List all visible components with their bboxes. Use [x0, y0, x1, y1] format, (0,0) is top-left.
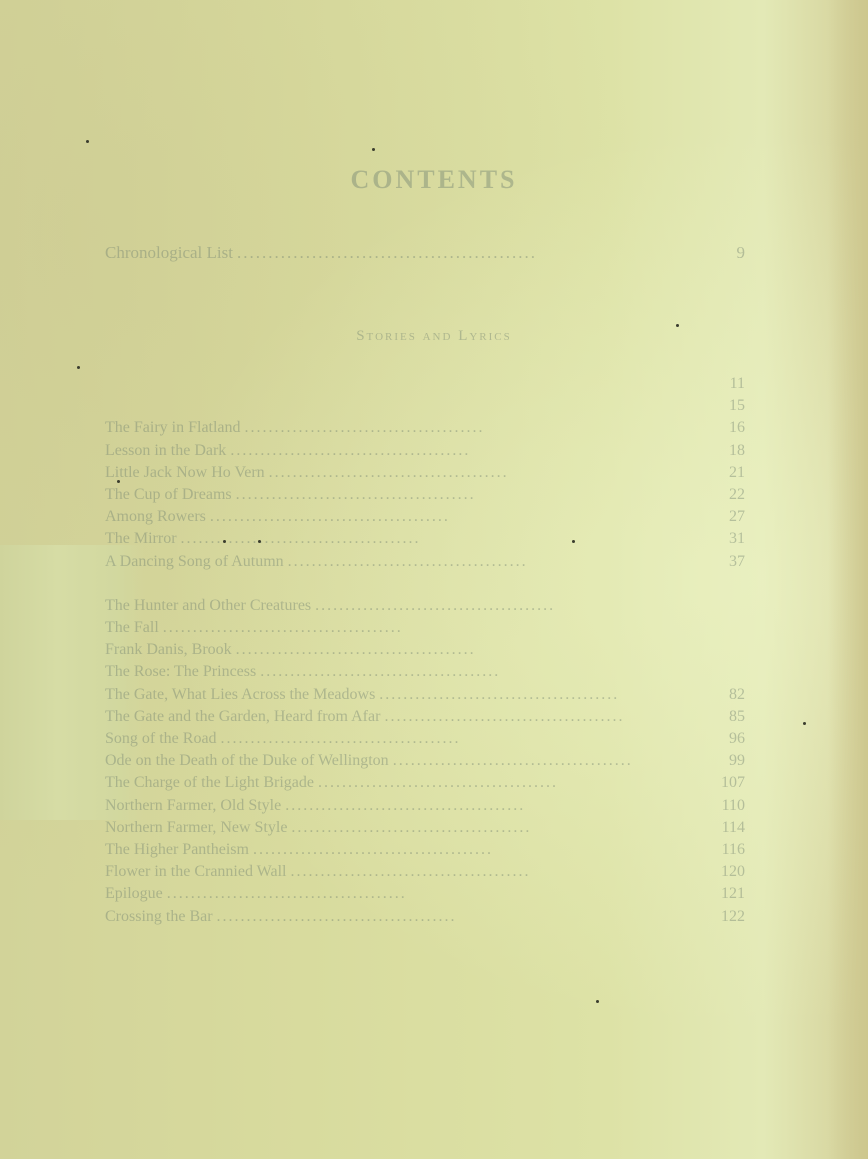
entry-page-number: 31: [717, 530, 745, 548]
toc-entry: Ode on the Death of the Duke of Wellingt…: [105, 752, 745, 774]
toc-entry: Little Jack Now Ho Vern.................…: [105, 464, 745, 486]
toc-entry: A Dancing Song of Autumn................…: [105, 553, 745, 575]
entry-label: Flower in the Crannied Wall: [105, 863, 287, 881]
entry-label: Crossing the Bar: [105, 908, 213, 926]
toc-entry: 15: [105, 397, 745, 419]
entry-page-number: 16: [717, 419, 745, 437]
paper-speck: [596, 1000, 599, 1003]
entry-page-number: 116: [717, 841, 745, 859]
entry-label: Lesson in the Dark: [105, 442, 226, 460]
leader-dots: ........................................: [315, 597, 713, 615]
leader-dots: ........................................: [221, 730, 713, 748]
page-title: CONTENTS: [0, 165, 868, 195]
toc-entry: The Higher Pantheism....................…: [105, 841, 745, 863]
toc-entry: The Gate, What Lies Across the Meadows..…: [105, 686, 745, 708]
paper-speck: [803, 722, 806, 725]
entry-label: The Fall: [105, 619, 159, 637]
toc-entry: Lesson in the Dark......................…: [105, 442, 745, 464]
leader-dots: ........................................…: [237, 243, 713, 263]
entry-page-number: 114: [717, 819, 745, 837]
entry-page-number: 85: [717, 708, 745, 726]
leader-dots: ........................................: [384, 708, 713, 726]
leader-dots: ........................................: [236, 486, 713, 504]
entry-page-number: 110: [717, 797, 745, 815]
toc-entry: Flower in the Crannied Wall.............…: [105, 863, 745, 885]
leader-dots: ........................................: [245, 419, 713, 437]
leader-dots: ........................................: [393, 752, 713, 770]
entry-page-number: 22: [717, 486, 745, 504]
toc-entry: The Rose: The Princess..................…: [105, 663, 745, 685]
leader-dots: ........................................: [285, 797, 713, 815]
entry-label: Northern Farmer, Old Style: [105, 797, 281, 815]
entry-page-number: 99: [717, 752, 745, 770]
entry-label: Chronological List: [105, 243, 233, 263]
paper-speck: [572, 540, 575, 543]
leader-dots: ........................................: [253, 841, 713, 859]
toc-entry: The Fairy in Flatland...................…: [105, 419, 745, 441]
leader-dots: ........................................: [291, 819, 713, 837]
entry-label: Little Jack Now Ho Vern: [105, 464, 265, 482]
entry-label: Song of the Road: [105, 730, 217, 748]
entry-label: The Higher Pantheism: [105, 841, 249, 859]
toc-entry: The Mirror..............................…: [105, 530, 745, 552]
leader-dots: ........................................: [217, 908, 713, 926]
section-heading: Stories and Lyrics: [0, 328, 868, 345]
toc-entry: Crossing the Bar........................…: [105, 908, 745, 930]
toc-entry: The Hunter and Other Creatures..........…: [105, 597, 745, 619]
entry-label: Ode on the Death of the Duke of Wellingt…: [105, 752, 389, 770]
paper-speck: [223, 540, 226, 543]
paper-speck: [117, 480, 120, 483]
toc-entry: The Charge of the Light Brigade.........…: [105, 774, 745, 796]
entry-page-number: 11: [717, 375, 745, 393]
entry-label: Among Rowers: [105, 508, 206, 526]
leader-dots: ........................................: [291, 863, 714, 881]
entry-label: Northern Farmer, New Style: [105, 819, 287, 837]
entry-page-number: 21: [717, 464, 745, 482]
entry-label: The Fairy in Flatland: [105, 419, 241, 437]
leader-dots: ........................................: [230, 442, 713, 460]
toc-entry: Northern Farmer, New Style..............…: [105, 819, 745, 841]
entry-page-number: 107: [717, 774, 745, 792]
leader-dots: ........................................: [318, 774, 713, 792]
paper-speck: [77, 366, 80, 369]
entry-label: The Hunter and Other Creatures: [105, 597, 311, 615]
leader-dots: ........................................: [288, 553, 713, 571]
toc-intro-entry: Chronological List .....................…: [105, 243, 745, 263]
leader-dots: ........................................: [210, 508, 713, 526]
paper-speck: [372, 148, 375, 151]
entry-label: Frank Danis, Brook: [105, 641, 232, 659]
leader-dots: ........................................: [167, 885, 713, 903]
toc-entry: Northern Farmer, Old Style..............…: [105, 797, 745, 819]
entry-label: The Cup of Dreams: [105, 486, 232, 504]
entry-page-number: 82: [717, 686, 745, 704]
leader-dots: ........................................: [260, 663, 713, 681]
entry-page-number: 122: [717, 908, 745, 926]
paper-speck: [86, 140, 89, 143]
leader-dots: ........................................: [236, 641, 713, 659]
leader-dots: ........................................: [163, 619, 713, 637]
paper-speck: [258, 540, 261, 543]
toc-entry: [105, 575, 745, 597]
toc-entry: Song of the Road........................…: [105, 730, 745, 752]
entry-page-number: 120: [717, 863, 745, 881]
toc-entry: Epilogue................................…: [105, 885, 745, 907]
entry-label: Epilogue: [105, 885, 163, 903]
entry-label: A Dancing Song of Autumn: [105, 553, 284, 571]
toc-entry: Frank Danis, Brook......................…: [105, 641, 745, 663]
toc-entry: Among Rowers............................…: [105, 508, 745, 530]
entry-page-number: 15: [717, 397, 745, 415]
toc-entry: The Gate and the Garden, Heard from Afar…: [105, 708, 745, 730]
toc-entry: The Cup of Dreams.......................…: [105, 486, 745, 508]
entry-label: The Gate and the Garden, Heard from Afar: [105, 708, 380, 726]
entry-page-number: 9: [717, 243, 745, 263]
toc-entry: 11: [105, 375, 745, 397]
entry-label: The Rose: The Princess: [105, 663, 256, 681]
toc-entry-list: 11 15 The Fairy in Flatland.............…: [105, 375, 745, 930]
entry-page-number: 96: [717, 730, 745, 748]
entry-page-number: 37: [717, 553, 745, 571]
toc-entry: The Fall................................…: [105, 619, 745, 641]
entry-label: The Charge of the Light Brigade: [105, 774, 314, 792]
entry-page-number: 27: [717, 508, 745, 526]
leader-dots: ........................................: [379, 686, 713, 704]
paper-speck: [676, 324, 679, 327]
entry-label: The Gate, What Lies Across the Meadows: [105, 686, 375, 704]
leader-dots: ........................................: [269, 464, 713, 482]
entry-page-number: 121: [717, 885, 745, 903]
entry-label: The Mirror: [105, 530, 177, 548]
entry-page-number: 18: [717, 442, 745, 460]
